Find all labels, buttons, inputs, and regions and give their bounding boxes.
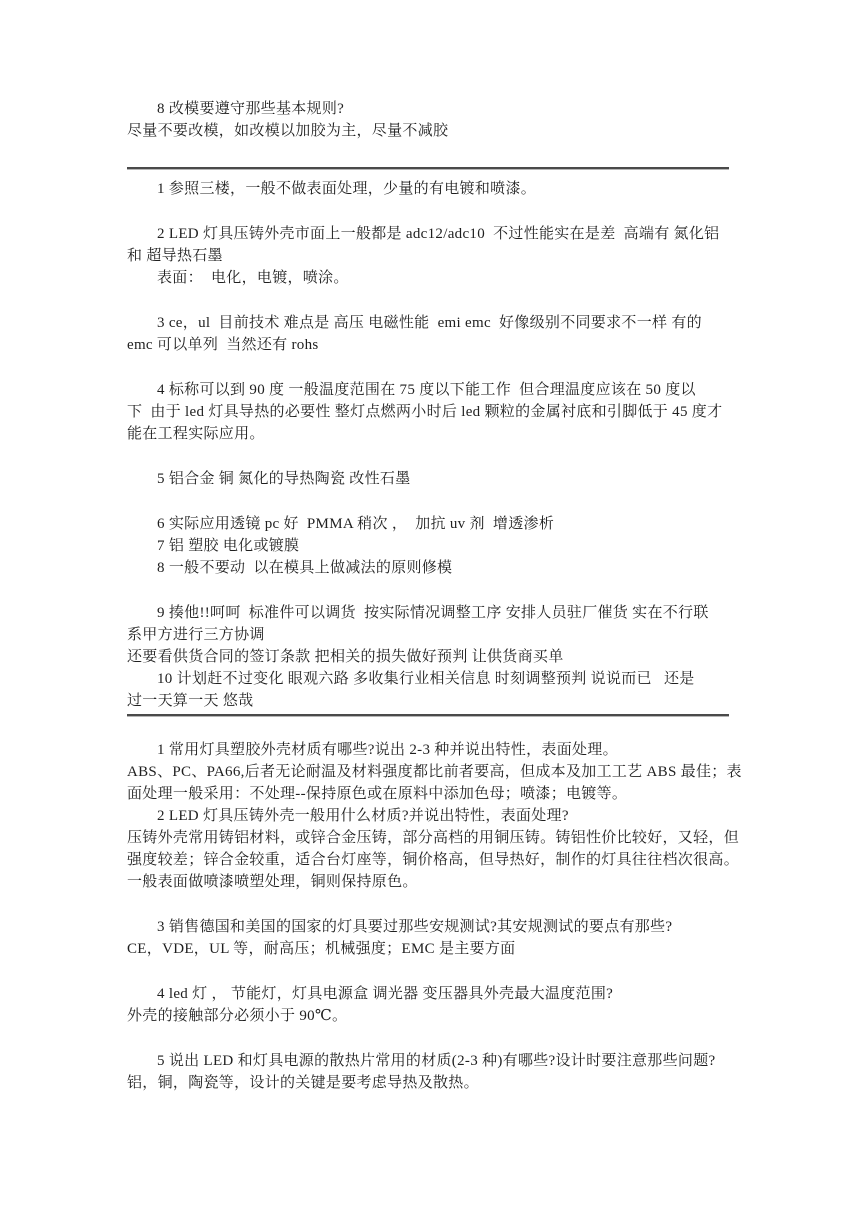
text-line: 3 ce，ul 目前技术 难点是 高压 电磁性能 emi emc 好像级别不同要… <box>127 312 741 334</box>
paragraph-gap <box>127 142 741 165</box>
text-line: 和 超导热石墨 <box>127 245 741 267</box>
text-line: 1 常用灯具塑胶外壳材质有哪些?说出 2-3 种并说出特性，表面处理。 <box>127 739 741 761</box>
text-line: 8 一般不要动 以在模具上做减法的原则修模 <box>127 557 741 579</box>
text-line: 8 改模要遵守那些基本规则? <box>127 98 741 120</box>
text-line: ABS、PC、PA66,后者无论耐温及材料强度都比前者要高，但成本及加工工艺 A… <box>127 761 741 783</box>
text-line: 5 说出 LED 和灯具电源的散热片常用的材质(2-3 种)有哪些?设计时要注意… <box>127 1050 741 1072</box>
paragraph-gap <box>127 445 741 468</box>
text-line: 外壳的接触部分必须小于 90℃。 <box>127 1005 741 1027</box>
document-body: 8 改模要遵守那些基本规则?尽量不要改模，如改模以加胶为主，尽量不减胶1 参照三… <box>127 98 741 1094</box>
text-line: 1 参照三楼，一般不做表面处理，少量的有电镀和喷漆。 <box>127 178 741 200</box>
text-line: 表面： 电化，电镀，喷涂。 <box>127 267 741 289</box>
text-line: 能在工程实际应用。 <box>127 423 741 445</box>
horizontal-rule <box>127 167 729 170</box>
text-line: 6 实际应用透镜 pc 好 PMMA 稍次 ， 加抗 uv 剂 增透渗析 <box>127 513 741 535</box>
paragraph-gap <box>127 725 741 739</box>
text-line: 2 LED 灯具压铸外壳一般用什么材质?并说出特性，表面处理? <box>127 805 741 827</box>
text-line: 强度较差；锌合金较重，适合台灯座等，铜价格高，但导热好，制作的灯具往往档次很高。 <box>127 849 741 871</box>
text-line: 4 led 灯 ， 节能灯，灯具电源盒 调光器 变压器具外壳最大温度范围? <box>127 983 741 1005</box>
text-line: 10 计划赶不过变化 眼观六路 多收集行业相关信息 时刻调整预判 说说而已 还是 <box>127 668 741 690</box>
text-line: 2 LED 灯具压铸外壳市面上一般都是 adc12/adc10 不过性能实在是差… <box>127 223 741 245</box>
text-line: 面处理一般采用：不处理--保持原色或在原料中添加色母；喷漆；电镀等。 <box>127 783 741 805</box>
text-line: 4 标称可以到 90 度 一般温度范围在 75 度以下能工作 但合理温度应该在 … <box>127 379 741 401</box>
text-line: 5 铝合金 铜 氮化的导热陶瓷 改性石墨 <box>127 468 741 490</box>
text-line: 过一天算一天 悠哉 <box>127 690 741 712</box>
paragraph-gap <box>127 1027 741 1050</box>
text-line: emc 可以单列 当然还有 rohs <box>127 334 741 356</box>
text-line: 还要看供货合同的签订条款 把相关的损失做好预判 让供货商买单 <box>127 646 741 668</box>
text-line: 3 销售德国和美国的国家的灯具要过那些安规测试?其安规测试的要点有那些? <box>127 916 741 938</box>
paragraph-gap <box>127 893 741 916</box>
text-line: 压铸外壳常用铸铝材料，或锌合金压铸，部分高档的用铜压铸。铸铝性价比较好，又轻，但 <box>127 827 741 849</box>
text-line: CE，VDE，UL 等，耐高压；机械强度；EMC 是主要方面 <box>127 938 741 960</box>
document-page: 8 改模要遵守那些基本规则?尽量不要改模，如改模以加胶为主，尽量不减胶1 参照三… <box>0 0 860 1209</box>
text-line: 9 揍他!!呵呵 标准件可以调货 按实际情况调整工序 安排人员驻厂催货 实在不行… <box>127 602 741 624</box>
paragraph-gap <box>127 960 741 983</box>
text-line: 7 铝 塑胶 电化或镀膜 <box>127 535 741 557</box>
paragraph-gap <box>127 200 741 223</box>
horizontal-rule <box>127 714 729 717</box>
text-line: 一般表面做喷漆喷塑处理，铜则保持原色。 <box>127 871 741 893</box>
paragraph-gap <box>127 579 741 602</box>
paragraph-gap <box>127 356 741 379</box>
text-line: 尽量不要改模，如改模以加胶为主，尽量不减胶 <box>127 120 741 142</box>
text-line: 铝，铜，陶瓷等，设计的关键是要考虑导热及散热。 <box>127 1072 741 1094</box>
text-line: 下 由于 led 灯具导热的必要性 整灯点燃两小时后 led 颗粒的金属衬底和引… <box>127 401 741 423</box>
text-line: 系甲方进行三方协调 <box>127 624 741 646</box>
paragraph-gap <box>127 490 741 513</box>
paragraph-gap <box>127 289 741 312</box>
